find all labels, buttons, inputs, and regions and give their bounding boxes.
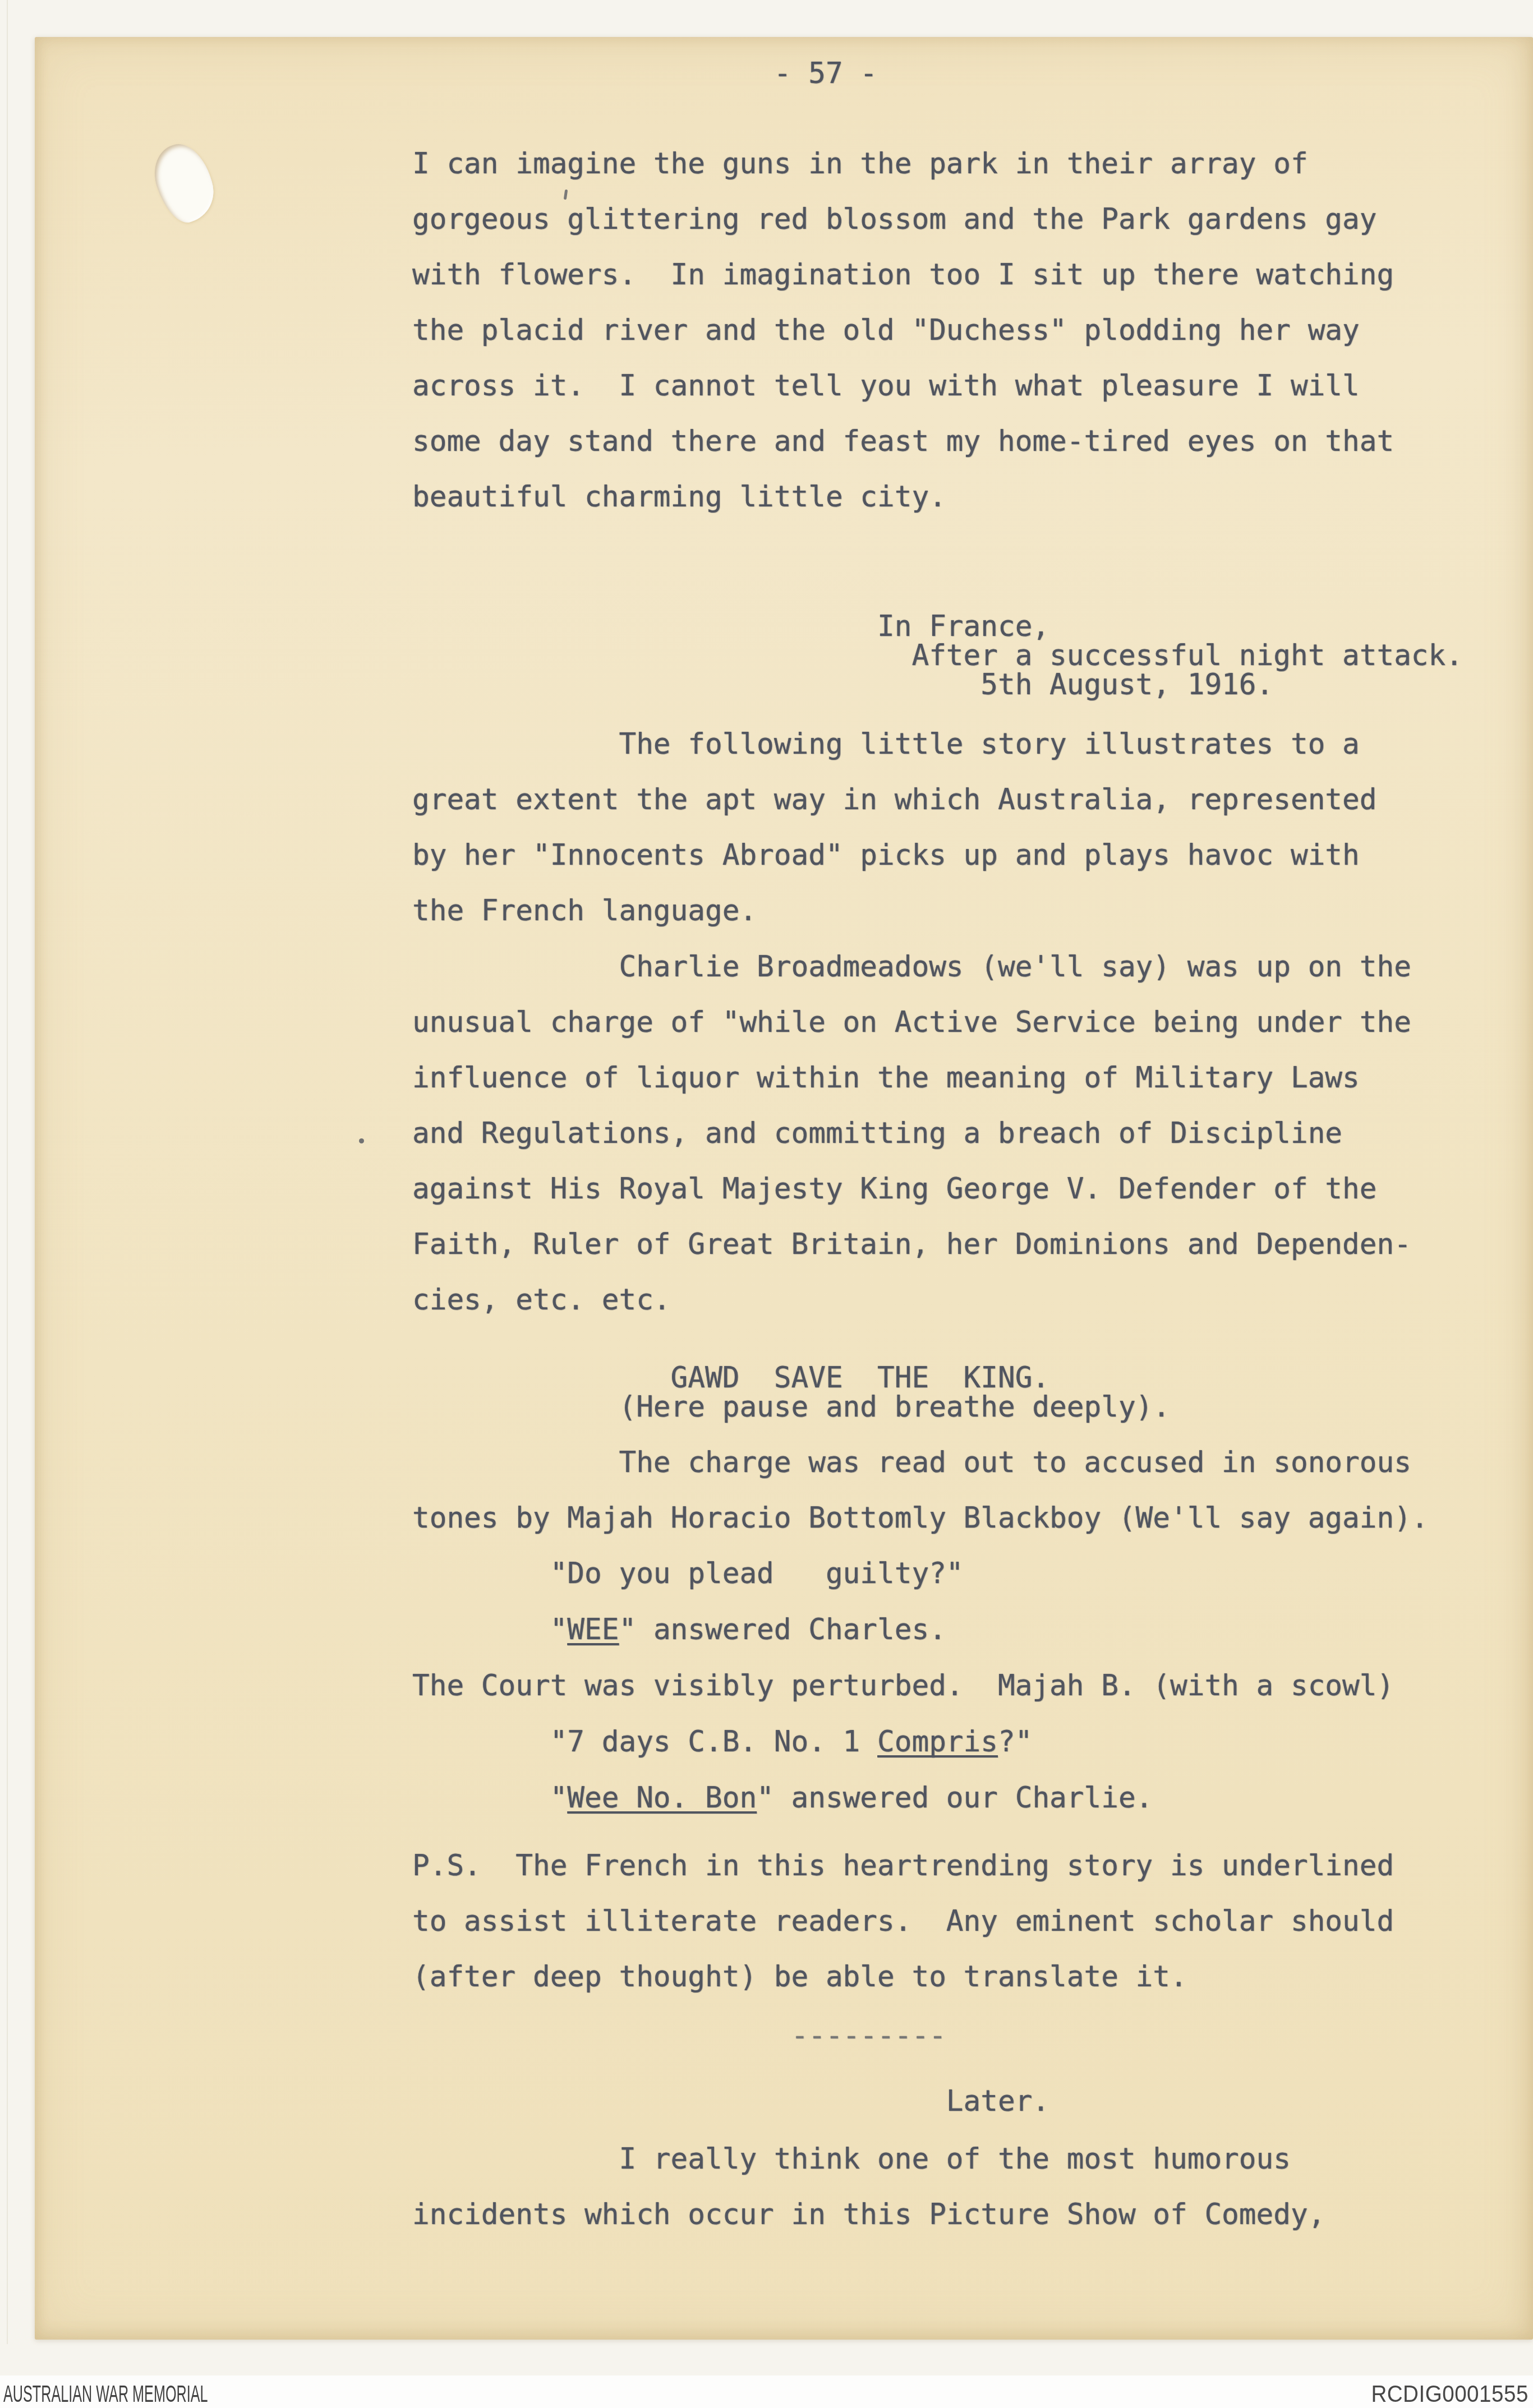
text-line: The Court was visibly perturbed. Majah B… [412, 1658, 1394, 1714]
typed-text: I really think one of the most humorous [412, 2143, 1291, 2176]
text-line: "7 days C.B. No. 1 Compris?" [412, 1714, 1394, 1770]
text-line: the placid river and the old "Duchess" p… [412, 303, 1394, 358]
text-line: The charge was read out to accused in so… [412, 1435, 1429, 1491]
typed-text: the French language. [412, 894, 757, 928]
typed-text: GAWD SAVE THE KING. [412, 1362, 1049, 1395]
typed-text: unusual charge of "while on Active Servi… [412, 1006, 1411, 1039]
typed-text: Faith, Ruler of Great Britain, her Domin… [412, 1228, 1411, 1261]
text-line: P.S. The French in this heartrending sto… [412, 1838, 1394, 1894]
typed-text: against His Royal Majesty King George V.… [412, 1173, 1377, 1206]
typed-text: 5th August, 1916. [412, 668, 1273, 702]
typed-text: The following little story illustrates t… [412, 728, 1360, 761]
stray-margin-period [359, 1138, 364, 1143]
text-line: some day stand there and feast my home-t… [412, 414, 1394, 469]
text-line: After a successful night attack. [412, 642, 1463, 671]
typed-text: - 57 - [412, 57, 877, 90]
text-line: Faith, Ruler of Great Britain, her Domin… [412, 1217, 1411, 1272]
text-line: tones by Majah Horacio Bottomly Blackboy… [412, 1491, 1429, 1546]
underlined-text: Compris [877, 1726, 998, 1759]
text-line: 5th August, 1916. [412, 671, 1463, 700]
text-block-pageno: - 57 - [412, 59, 877, 89]
text-block-para1: I can imagine the guns in the park in th… [412, 136, 1394, 525]
text-line: great extent the apt way in which Austra… [412, 772, 1377, 828]
typed-text: across it. I cannot tell you with what p… [412, 370, 1360, 403]
text-block-sep: --------- [412, 2022, 946, 2051]
text-line: unusual charge of "while on Active Servi… [412, 995, 1411, 1050]
typed-text: great extent the apt way in which Austra… [412, 783, 1377, 816]
typed-text: " answered Charles. [619, 1613, 946, 1646]
text-line: against His Royal Majesty King George V.… [412, 1161, 1411, 1217]
text-line: (after deep thought) be able to translat… [412, 1949, 1394, 2005]
text-block-king: GAWD SAVE THE KING. (Here pause and brea… [412, 1364, 1170, 1422]
catalogue-footer-bar: AUSTRALIAN WAR MEMORIAL RCDIG0001555 [0, 2375, 1533, 2408]
text-block-para4: The charge was read out to accused in so… [412, 1435, 1429, 1546]
text-line: cies, etc. etc. [412, 1272, 1411, 1328]
typed-text: beautiful charming little city. [412, 481, 946, 514]
text-block-para5: I really think one of the most humorousi… [412, 2132, 1325, 2243]
catalogue-id-label: RCDIG0001555 [1371, 2380, 1529, 2408]
text-line: The following little story illustrates t… [412, 717, 1377, 772]
typed-text: and Regulations, and committing a breach… [412, 1117, 1342, 1150]
text-line: by her "Innocents Abroad" picks up and p… [412, 828, 1377, 883]
typed-text: " [412, 1613, 567, 1646]
text-line: I really think one of the most humorous [412, 2132, 1325, 2187]
typed-text: some day stand there and feast my home-t… [412, 425, 1394, 458]
archive-name-label: AUSTRALIAN WAR MEMORIAL [3, 2380, 208, 2408]
text-line: with flowers. In imagination too I sit u… [412, 247, 1394, 303]
text-line: Charlie Broadmeadows (we'll say) was up … [412, 939, 1411, 995]
text-line: across it. I cannot tell you with what p… [412, 358, 1394, 414]
scanned-document-page: - 57 -I can imagine the guns in the park… [0, 0, 1533, 2408]
text-block-para3: Charlie Broadmeadows (we'll say) was up … [412, 939, 1411, 1328]
text-line: GAWD SAVE THE KING. [412, 1364, 1170, 1393]
text-line: to assist illiterate readers. Any eminen… [412, 1894, 1394, 1949]
typed-text: In France, [412, 610, 1049, 643]
typed-text: influence of liquor within the meaning o… [412, 1062, 1360, 1095]
typewritten-content: - 57 -I can imagine the guns in the park… [412, 0, 1450, 2408]
text-block-dateline: In France, After a successful night atta… [412, 612, 1463, 700]
scan-edge-line [7, 0, 8, 2344]
typed-text: to assist illiterate readers. Any eminen… [412, 1905, 1394, 1938]
text-line: Later. [412, 2087, 1049, 2116]
text-line: In France, [412, 612, 1463, 642]
text-block-later: Later. [412, 2087, 1049, 2116]
typed-text: The charge was read out to accused in so… [412, 1446, 1411, 1479]
text-block-para2: The following little story illustrates t… [412, 717, 1377, 939]
typed-text: The Court was visibly perturbed. Majah B… [412, 1669, 1394, 1703]
underlined-text: WEE [567, 1613, 619, 1646]
typed-text: I can imagine the guns in the park in th… [412, 147, 1308, 181]
text-line: (Here pause and breathe deeply). [412, 1393, 1170, 1422]
typed-text: (Here pause and breathe deeply). [412, 1391, 1170, 1424]
text-line: the French language. [412, 883, 1377, 939]
typed-text: tones by Majah Horacio Bottomly Blackboy… [412, 1502, 1429, 1535]
text-line: gorgeous glittering red blossom and the … [412, 192, 1394, 247]
typed-text: incidents which occur in this Picture Sh… [412, 2198, 1325, 2231]
typed-text: " answered our Charlie. [757, 1782, 1153, 1815]
underlined-text: Wee No. Bon [567, 1782, 757, 1815]
text-line: I can imagine the guns in the park in th… [412, 136, 1394, 192]
typed-text: " [412, 1782, 567, 1815]
typed-text: (after deep thought) be able to translat… [412, 1960, 1187, 1994]
text-line: influence of liquor within the meaning o… [412, 1050, 1411, 1106]
typed-text: "7 days C.B. No. 1 [412, 1726, 877, 1759]
text-block-dialog: "Do you plead guilty?" "WEE" answered Ch… [412, 1546, 1394, 1826]
text-line: - 57 - [412, 59, 877, 89]
text-line: "Do you plead guilty?" [412, 1546, 1394, 1602]
typed-text: --------- [412, 2019, 946, 2052]
typed-text: Charlie Broadmeadows (we'll say) was up … [412, 951, 1411, 984]
text-line: incidents which occur in this Picture Sh… [412, 2187, 1325, 2243]
text-line: "Wee No. Bon" answered our Charlie. [412, 1770, 1394, 1826]
text-line: and Regulations, and committing a breach… [412, 1106, 1411, 1161]
typed-text: the placid river and the old "Duchess" p… [412, 314, 1360, 347]
typed-text: After a successful night attack. [412, 639, 1463, 672]
typed-text: ?" [998, 1726, 1032, 1759]
typed-text: Later. [412, 2085, 1049, 2118]
typed-text: gorgeous glittering red blossom and the … [412, 203, 1377, 236]
typed-text: with flowers. In imagination too I sit u… [412, 259, 1394, 292]
text-line: beautiful charming little city. [412, 469, 1394, 525]
text-line: "WEE" answered Charles. [412, 1602, 1394, 1658]
typed-text: cies, etc. etc. [412, 1284, 671, 1317]
typed-text: by her "Innocents Abroad" picks up and p… [412, 839, 1360, 872]
typed-text: "Do you plead guilty?" [412, 1557, 964, 1590]
text-line: --------- [412, 2022, 946, 2051]
text-block-ps: P.S. The French in this heartrending sto… [412, 1838, 1394, 2005]
paper-tear-hole [146, 137, 222, 229]
typed-text: P.S. The French in this heartrending sto… [412, 1849, 1394, 1883]
